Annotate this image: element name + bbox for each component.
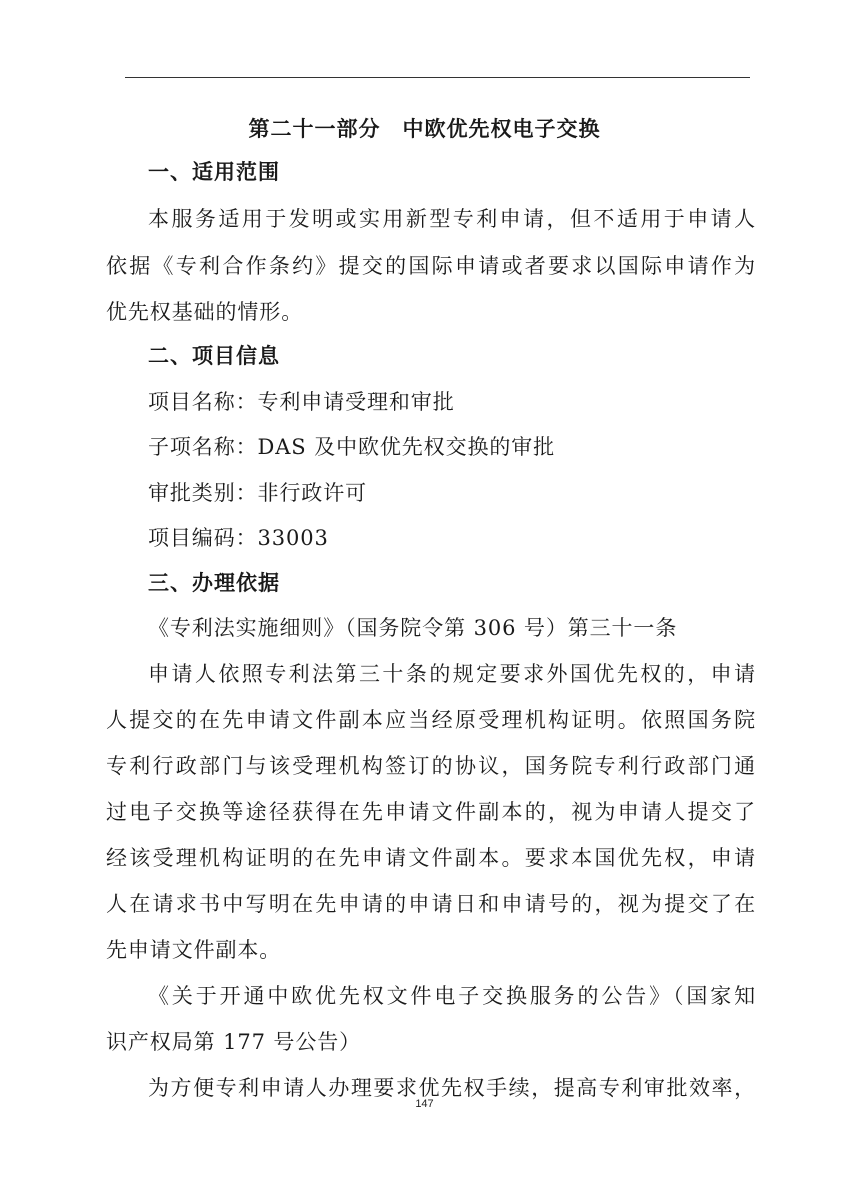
page-title: 第二十一部分 中欧优先权电子交换 xyxy=(0,113,849,145)
section-heading-basis: 三、办理依据 xyxy=(148,567,798,599)
section-heading-project-info: 二、项目信息 xyxy=(148,340,798,372)
page-number: 147 xyxy=(0,1097,849,1111)
section-heading-scope: 一、适用范围 xyxy=(148,156,798,188)
paragraph-line: 本服务适用于发明或实用新型专利申请，但不适用于申请人 xyxy=(148,203,756,235)
approval-category: 审批类别：非行政许可 xyxy=(148,477,798,509)
project-name: 项目名称：专利申请受理和审批 xyxy=(148,386,798,418)
paragraph-line: 人在请求书中写明在先申请的申请日和申请号的，视为提交了在 xyxy=(106,888,756,920)
citation: 《专利法实施细则》（国务院令第 306 号）第三十一条 xyxy=(148,612,798,644)
paragraph-line: 先申请文件副本。 xyxy=(106,934,756,966)
paragraph-line: 过电子交换等途径获得在先申请文件副本的，视为申请人提交了 xyxy=(106,796,756,828)
paragraph-line: 依据《专利合作条约》提交的国际申请或者要求以国际申请作为 xyxy=(106,250,756,282)
citation: 《关于开通中欧优先权文件电子交换服务的公告》（国家知 xyxy=(148,980,756,1012)
paragraph-line: 申请人依照专利法第三十条的规定要求外国优先权的，申请 xyxy=(148,658,756,690)
paragraph-line: 人提交的在先申请文件副本应当经原受理机构证明。依照国务院 xyxy=(106,704,756,736)
header-rule xyxy=(125,77,750,78)
paragraph-line: 优先权基础的情形。 xyxy=(106,296,756,328)
citation: 识产权局第 177 号公告） xyxy=(106,1026,756,1058)
project-code: 项目编码：33003 xyxy=(148,522,798,554)
paragraph-line: 经该受理机构证明的在先申请文件副本。要求本国优先权，申请 xyxy=(106,842,756,874)
paragraph-line: 专利行政部门与该受理机构签订的协议，国务院专利行政部门通 xyxy=(106,750,756,782)
subproject-name: 子项名称：DAS 及中欧优先权交换的审批 xyxy=(148,431,798,463)
